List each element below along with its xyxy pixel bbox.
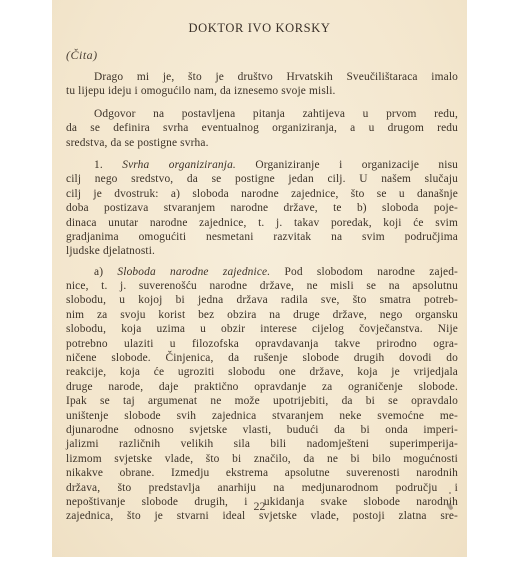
subsection-heading: Sloboda narodne zajednice. bbox=[117, 266, 270, 278]
text-line: lizmom svjetske vlade, što bi značilo, d… bbox=[66, 452, 458, 466]
text-line: država, što predstavlja anarhiju na medj… bbox=[66, 481, 458, 495]
page-number: 22 bbox=[52, 499, 467, 514]
section-number: 1. bbox=[94, 159, 122, 171]
text-line: Odgovor na postavljena pitanja zahtijeva… bbox=[66, 107, 458, 121]
section-heading: Svrha organiziranja. bbox=[122, 159, 236, 171]
speaker-note: (Čita) bbox=[66, 48, 98, 63]
text-line: slobodu, koja uzima u obzir interese cij… bbox=[66, 322, 458, 336]
subsection-letter: a) bbox=[94, 266, 117, 278]
text-line: ljudske djelatnosti. bbox=[66, 244, 458, 258]
paragraph-intro: Drago mi je, što je društvo Hrvatskih Sv… bbox=[66, 70, 458, 99]
text-line: sredstva, da se postigne svrha. bbox=[66, 136, 458, 150]
text-line: nice, t. j. suverenošću narodne države, … bbox=[66, 279, 458, 293]
text-line: da se definira svrha eventualnog organiz… bbox=[66, 121, 458, 135]
text-line: Drago mi je, što je društvo Hrvatskih Sv… bbox=[66, 70, 458, 84]
paragraph-purpose: 1. Svrha organiziranja. Organiziranje i … bbox=[66, 158, 458, 259]
text-line: 1. Svrha organiziranja. Organiziranje i … bbox=[66, 158, 458, 172]
paper-speck bbox=[449, 492, 451, 494]
text-line: gradjanima omogućiti nesmetani razvitak … bbox=[66, 230, 458, 244]
text-line: potrebno ulaziti u filozofska opravdavan… bbox=[66, 337, 458, 351]
body-text: Drago mi je, što je društvo Hrvatskih Sv… bbox=[66, 70, 458, 524]
text-line: nim za svoju korist bez obzira na druge … bbox=[66, 308, 458, 322]
text-line: ničene slobode. Činjenica, da rušenje sl… bbox=[66, 351, 458, 365]
text-line: dinaca unutar narodne zajednice, t. j. t… bbox=[66, 216, 458, 230]
text-line: druge narode, daje praktično opravdanje … bbox=[66, 380, 458, 394]
paragraph-answer: Odgovor na postavljena pitanja zahtijeva… bbox=[66, 107, 458, 150]
text-line: nikakve obrane. Izmedju ekstrema apsolut… bbox=[66, 466, 458, 480]
text-line: tu lijepu ideju i omogućilo nam, da izne… bbox=[66, 84, 458, 98]
text-line: doba postizava stvaranjem narodne države… bbox=[66, 201, 458, 215]
text-line: jalizmi različnih velikih sila bili nado… bbox=[66, 437, 458, 451]
text-line: Ipak se taj argumenat ne može upotrijebi… bbox=[66, 394, 458, 408]
running-header: DOKTOR IVO KORSKY bbox=[52, 21, 467, 36]
text-line: a) Sloboda narodne zajednice. Pod slobod… bbox=[66, 265, 458, 279]
book-page: DOKTOR IVO KORSKY (Čita) Drago mi je, št… bbox=[52, 0, 467, 557]
text-line: uništenje slobode svih zajednica stvaran… bbox=[66, 409, 458, 423]
text-line: slobodu, u kojoj bi jedna država radila … bbox=[66, 293, 458, 307]
text-line: cilj je dvostruk: a) sloboda narodne zaj… bbox=[66, 187, 458, 201]
text-line: cilj nego sredstvo, da se postigne jedan… bbox=[66, 172, 458, 186]
text-line: reakcije, koja će ugroziti slobodu one d… bbox=[66, 365, 458, 379]
text-line: djunarodne odnosno svjetske vlasti, budu… bbox=[66, 423, 458, 437]
paragraph-national-freedom: a) Sloboda narodne zajednice. Pod slobod… bbox=[66, 265, 458, 524]
